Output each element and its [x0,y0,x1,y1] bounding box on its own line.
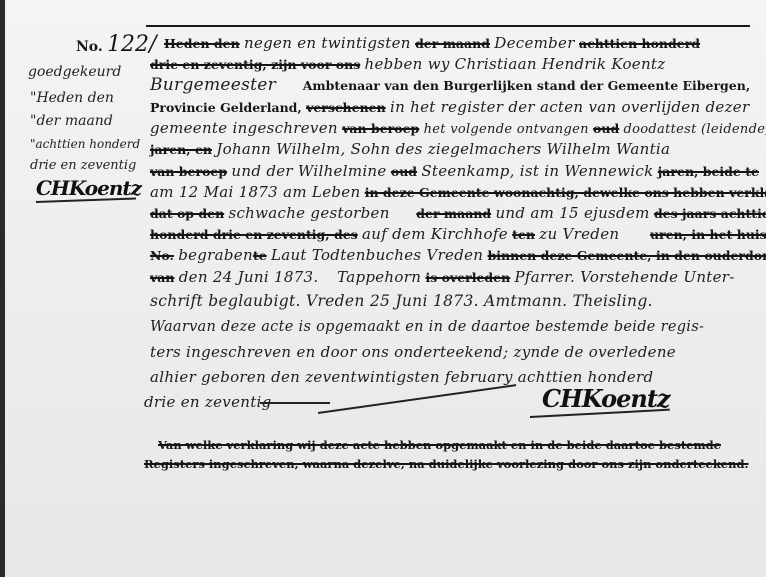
struck-text: ten [512,227,535,242]
struck-text: oud [391,164,417,179]
closing-dash [260,402,330,404]
handwritten-text: drie en zeventig [144,393,272,411]
struck-text: in deze Gemeente woonachtig, dewelke ons… [365,185,766,200]
body-line-5: gemeente ingeschreven van beroep het vol… [150,119,766,139]
handwritten-text: und der Wilhelmine [231,162,386,180]
struck-text: van beroep [150,164,227,179]
handwritten-text: Pfarrer. Vorstehende Unter- [515,268,735,286]
number-value: 122 [107,32,149,57]
handwritten-text: hebben wy Christiaan Hendrik Koentz [365,55,666,73]
handwritten-text: am 12 Mai 1873 am Leben [150,183,360,201]
record-number: No. 122/ [76,36,156,56]
body-line-1: Heden den negen en twintigsten der maand… [164,34,700,53]
body-line-13: schrift beglaubigt. Vreden 25 Juni 1873.… [150,292,653,311]
handwritten-text: Steenkamp, ist in Wennewick [421,162,653,180]
closing-line-2: Registers ingeschreven, waarna dezelve, … [144,455,749,473]
body-line-4: Provincie Gelderland, verschenen in het … [150,98,749,117]
handwritten-text: het volgende ontvangen [424,122,589,137]
struck-text: van [150,270,174,285]
handwritten-text: negen en twintigsten [244,34,411,52]
page-edge [0,0,5,577]
handwritten-text: auf dem Kirchhofe [362,225,508,243]
slash-mark: / [149,32,156,57]
struck-text: verschenen [306,100,386,115]
handwritten-text: in het register der acten van overlijden… [390,98,749,116]
handwritten-text: zu Vreden [539,225,619,243]
margin-signature: CHKoentz [36,176,141,200]
body-line-12: van den 24 Juni 1873. Tappehorn is overl… [150,268,735,287]
handwritten-text: December [494,34,574,52]
handwritten-text: schrift beglaubigt. Vreden 25 Juni 1873.… [150,292,653,310]
struck-text: honderd drie en zeventig, des [150,227,358,242]
handwritten-text: und am 15 ejusdem [495,204,649,222]
number-label: No. [76,39,103,55]
struck-text: van beroep [342,121,419,136]
struck-text: is overleden [425,270,510,285]
handwritten-text: begraben [178,246,253,264]
closing-stroke [318,384,516,413]
margin-note-1: goedgekeurd [28,64,121,80]
margin-note-3: "der maand [30,113,113,129]
body-line-17: drie en zeventig [144,393,272,412]
handwritten-text: Waarvan deze acte is opgemaakt en in de … [150,319,704,335]
handwritten-text: Tappehorn [337,268,421,286]
body-line-14: Waarvan deze acte is opgemaakt en in de … [150,318,704,336]
struck-text: dat op den [150,206,224,221]
document-scan: No. 122/ goedgekeurd "Heden den "der maa… [0,0,766,577]
body-line-2: drie en zeventig, zijn voor ons hebben w… [150,55,665,74]
handwritten-text: Burgemeester [150,75,276,95]
struck-text: binnen deze Gemeente, in den ouderdom [488,248,766,263]
struck-text: jaren, beide te [658,164,759,179]
struck-text: Van welke verklaring wij deze acte hebbe… [158,438,721,452]
body-line-15: ters ingeschreven en door ons onderteeke… [150,343,676,362]
margin-note-4: "achttien honderd [30,137,140,151]
closing-line-1: Van welke verklaring wij deze acte hebbe… [158,436,721,454]
handwritten-text: Johann Wilhelm, Sohn des ziegelmachers W… [216,140,670,158]
struck-text: jaren, en [150,142,212,157]
handwritten-text: doodattest (leidende) [624,122,766,137]
struck-text: der maand [416,206,491,221]
printed-text: Ambtenaar van den Burgerlijken stand der… [303,78,750,93]
struck-text: des jaars achttien [654,206,766,221]
struck-text: drie en zeventig, zijn voor ons [150,57,360,72]
handwritten-text: Laut Todtenbuches Vreden [271,246,483,264]
struck-text: No. [150,248,174,263]
handwritten-text: gemeente ingeschreven [150,119,338,137]
struck-text: Registers ingeschreven, waarna dezelve, … [144,457,749,471]
handwritten-text: schwache gestorben [228,204,389,222]
margin-note-2: "Heden den [30,90,114,106]
body-line-8: am 12 Mai 1873 am Leben in deze Gemeente… [150,183,766,202]
struck-text: te [253,248,267,263]
body-line-6: jaren, en Johann Wilhelm, Sohn des ziege… [150,140,670,159]
top-rule [146,25,750,27]
margin-note-5: drie en zeventig [30,158,136,173]
body-line-9: dat op den schwache gestorben der maand … [150,204,766,223]
body-line-7: van beroep und der Wilhelmine oud Steenk… [150,162,759,181]
body-line-3: Burgemeester Ambtenaar van den Burgerlij… [150,76,750,95]
printed-text: Provincie Gelderland, [150,100,302,115]
struck-text: Heden den [164,36,240,51]
struck-text: uren, in het huis [650,227,766,242]
struck-text: achttien honderd [579,36,700,51]
handwritten-text: ters ingeschreven en door ons onderteeke… [150,343,676,361]
struck-text: oud [593,121,619,136]
handwritten-text: den 24 Juni 1873. [179,268,319,286]
body-line-11: No. begrabente Laut Todtenbuches Vreden … [150,246,766,265]
struck-text: der maand [415,36,490,51]
body-line-10: honderd drie en zeventig, des auf dem Ki… [150,225,766,244]
